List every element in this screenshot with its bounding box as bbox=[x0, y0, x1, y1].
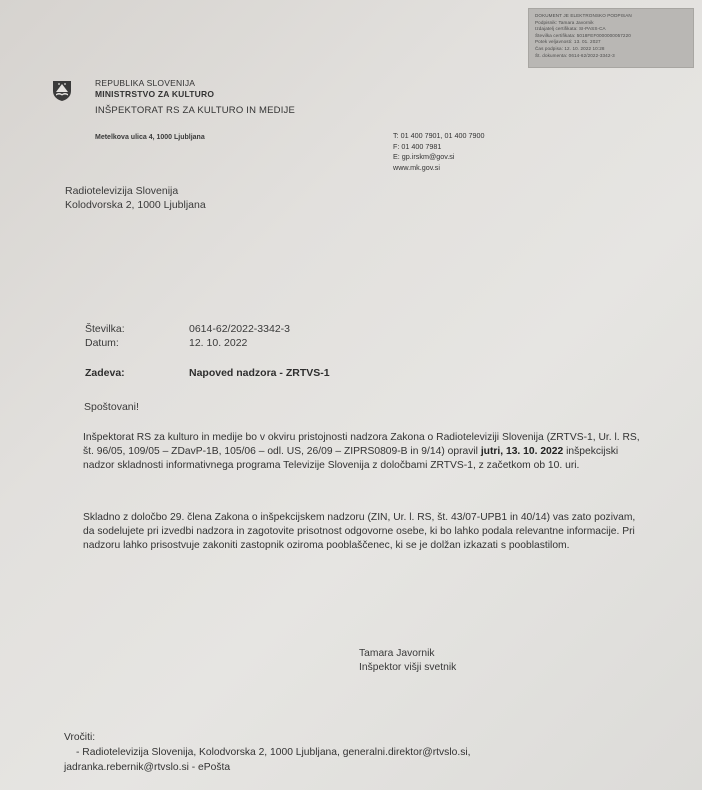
stamp-line: Izdajatelj certifikata: SI-PASS-CA bbox=[535, 26, 687, 33]
delivery-item-cont: jadranka.rebernik@rtvslo.si - ePošta bbox=[64, 760, 471, 775]
number-value: 0614-62/2022-3342-3 bbox=[189, 322, 290, 336]
website: www.mk.gov.si bbox=[393, 163, 485, 174]
sender-address: Metelkova ulica 4, 1000 Ljubljana bbox=[95, 134, 205, 141]
electronic-signature-stamp: DOKUMENT JE ELEKTRONSKO PODPISAN Podpisn… bbox=[528, 8, 694, 68]
stamp-line: Potek veljavnosti: 13. 01. 2027 bbox=[535, 39, 687, 46]
inspection-date: jutri, 13. 10. 2022 bbox=[481, 446, 563, 457]
recipient-address: Kolodvorska 2, 1000 Ljubljana bbox=[65, 198, 206, 212]
stamp-line: Številka certifikata: 5018FEF00000000572… bbox=[535, 33, 687, 40]
signatory-title: Inšpektor višji svetnik bbox=[359, 661, 456, 675]
signature-block: Tamara Javornik Inšpektor višji svetnik bbox=[359, 647, 456, 675]
stamp-line: Čas podpisa: 12. 10. 2022 10:28 bbox=[535, 46, 687, 53]
date-label: Datum: bbox=[85, 336, 189, 350]
republic-name: REPUBLIKA SLOVENIJA bbox=[95, 78, 295, 89]
greeting: Spoštovani! bbox=[84, 401, 139, 413]
body-paragraph-1: Inšpektorat RS za kulturo in medije bo v… bbox=[83, 431, 643, 473]
stamp-line: Podpisnik: Tamara Javornik bbox=[535, 20, 687, 27]
slovenia-coat-of-arms-icon bbox=[51, 80, 73, 102]
delivery-label: Vročiti: bbox=[64, 730, 471, 745]
subject-line: Zadeva: Napoved nadzora - ZRTVS-1 bbox=[85, 367, 330, 379]
sender-contact: T: 01 400 7901, 01 400 7900 F: 01 400 79… bbox=[393, 131, 485, 173]
document-meta: Številka: 0614-62/2022-3342-3 Datum: 12.… bbox=[85, 322, 290, 350]
ministry-name: MINISTRSTVO ZA KULTURO bbox=[95, 89, 295, 100]
delivery-list: Vročiti: - Radiotelevizija Slovenija, Ko… bbox=[64, 730, 471, 775]
date-value: 12. 10. 2022 bbox=[189, 336, 247, 350]
letterhead: REPUBLIKA SLOVENIJA MINISTRSTVO ZA KULTU… bbox=[95, 78, 295, 116]
number-label: Številka: bbox=[85, 322, 189, 336]
stamp-line: DOKUMENT JE ELEKTRONSKO PODPISAN bbox=[535, 13, 687, 20]
delivery-item: - Radiotelevizija Slovenija, Kolodvorska… bbox=[64, 745, 471, 760]
recipient-block: Radiotelevizija Slovenija Kolodvorska 2,… bbox=[65, 184, 206, 212]
email: E: gp.irskm@gov.si bbox=[393, 152, 485, 163]
body-paragraph-2: Skladno z določbo 29. člena Zakona o inš… bbox=[83, 511, 643, 553]
phone: T: 01 400 7901, 01 400 7900 bbox=[393, 131, 485, 142]
subject-value: Napoved nadzora - ZRTVS-1 bbox=[189, 367, 330, 379]
stamp-line: Št. dokumenta: 0614-62/2022-3342-3 bbox=[535, 53, 687, 60]
recipient-name: Radiotelevizija Slovenija bbox=[65, 184, 206, 198]
inspectorate-name: INŠPEKTORAT RS ZA KULTURO IN MEDIJE bbox=[95, 105, 295, 116]
subject-label: Zadeva: bbox=[85, 367, 189, 379]
signatory-name: Tamara Javornik bbox=[359, 647, 456, 661]
fax: F: 01 400 7981 bbox=[393, 142, 485, 153]
